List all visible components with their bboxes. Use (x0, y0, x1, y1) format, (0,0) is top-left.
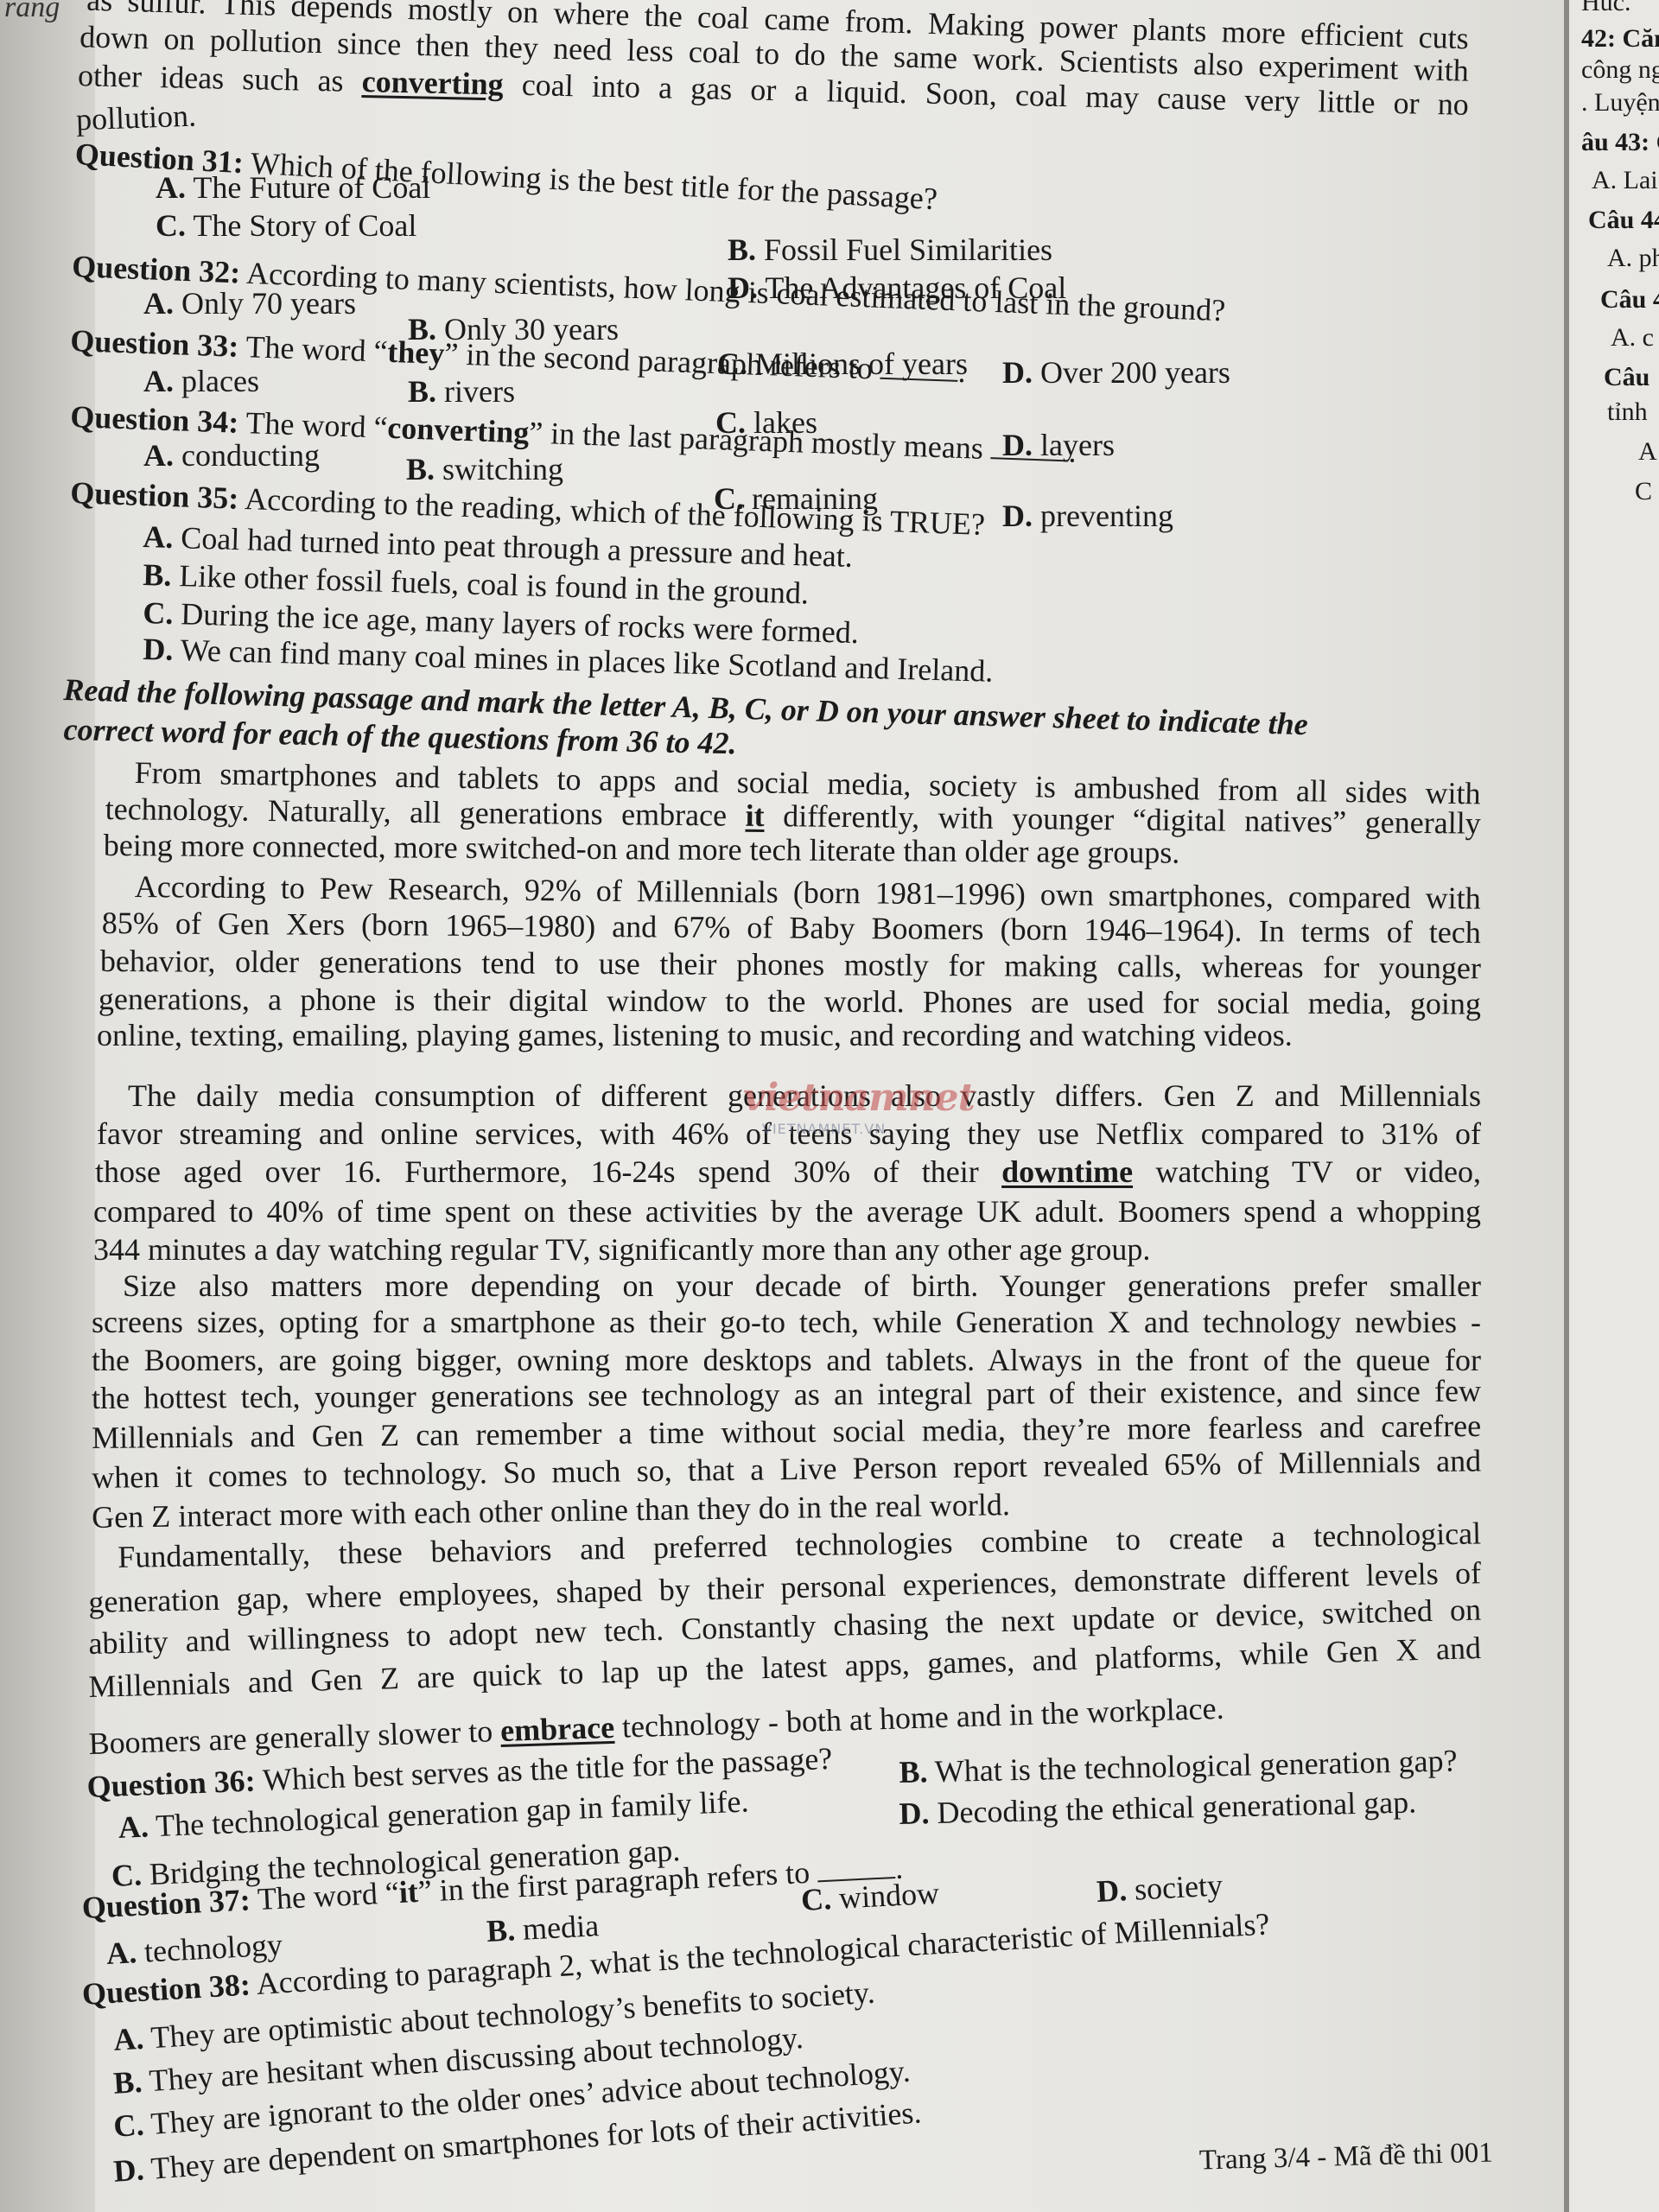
passage-line: those aged over 16. Furthermore, 16-24s … (95, 1156, 1481, 1187)
passage-line: generations, a phone is their digital wi… (99, 983, 1481, 1020)
q32-option-d[interactable]: D. Over 200 years (1002, 354, 1230, 391)
q37-option-a[interactable]: A. technology (105, 1926, 283, 1972)
q33-option-b[interactable]: B. rivers (408, 373, 515, 410)
q33-option-a[interactable]: A. places (143, 363, 259, 399)
passage-line: The daily media consumption of different… (128, 1080, 1481, 1111)
underlined-word: converting (361, 64, 504, 101)
passage-line: the Boomers, are going bigger, owning mo… (92, 1344, 1481, 1376)
passage-line: Size also matters more depending on your… (123, 1270, 1481, 1301)
underlined-word: downtime (1001, 1154, 1133, 1189)
answer-blank (990, 440, 1069, 461)
next-page-edge: Huc. 42: Căn công ng . Luyện âu 43: C A.… (1564, 0, 1659, 2212)
q34-option-b[interactable]: B. switching (406, 451, 563, 487)
q34-option-d[interactable]: D. preventing (1002, 498, 1173, 534)
passage-line: 85% of Gen Xers (born 1965–1980) and 67%… (102, 907, 1481, 948)
passage-line: 344 minutes a day watching regular TV, s… (93, 1234, 1150, 1265)
q31-option-b[interactable]: B. Fossil Fuel Similarities (728, 232, 1052, 268)
q36-option-b[interactable]: B. What is the technological generation … (899, 1742, 1458, 1790)
passage-line: compared to 40% of time spent on these a… (93, 1196, 1481, 1227)
q37-option-c[interactable]: C. window (800, 1875, 940, 1918)
passage-line: being more connected, more switched-on a… (104, 829, 1180, 868)
coal-passage-line: pollution. (75, 100, 196, 136)
page-footer: Trang 3/4 - Mã đề thi 001 (1199, 2138, 1494, 2177)
q34-option-a[interactable]: A. conducting (143, 437, 320, 474)
q36-option-d[interactable]: D. Decoding the ethical generational gap… (899, 1783, 1417, 1832)
q37-option-d[interactable]: D. society (1096, 1866, 1224, 1910)
underlined-word: it (745, 798, 764, 833)
passage-line: the hottest tech, younger generations se… (92, 1376, 1481, 1414)
passage-line: screens sizes, opting for a smartphone a… (92, 1306, 1481, 1338)
passage-line: online, texting, emailing, playing games… (97, 1020, 1293, 1051)
underlined-word: embrace (500, 1710, 615, 1748)
q37-option-b[interactable]: B. media (486, 1907, 600, 1949)
passage-line: behavior, older generations tend to use … (100, 945, 1481, 983)
exam-page: rang as sulfur. This depends mostly on w… (0, 0, 1564, 2212)
previous-page-fragment: rang (4, 0, 60, 24)
passage-line: favor streaming and online services, wit… (97, 1118, 1481, 1149)
q31-option-a[interactable]: A. The Future of Coal (156, 169, 430, 206)
answer-blank (880, 360, 958, 382)
q31-option-c[interactable]: C. The Story of Coal (156, 207, 416, 244)
q32-option-a[interactable]: A. Only 70 years (143, 285, 356, 321)
